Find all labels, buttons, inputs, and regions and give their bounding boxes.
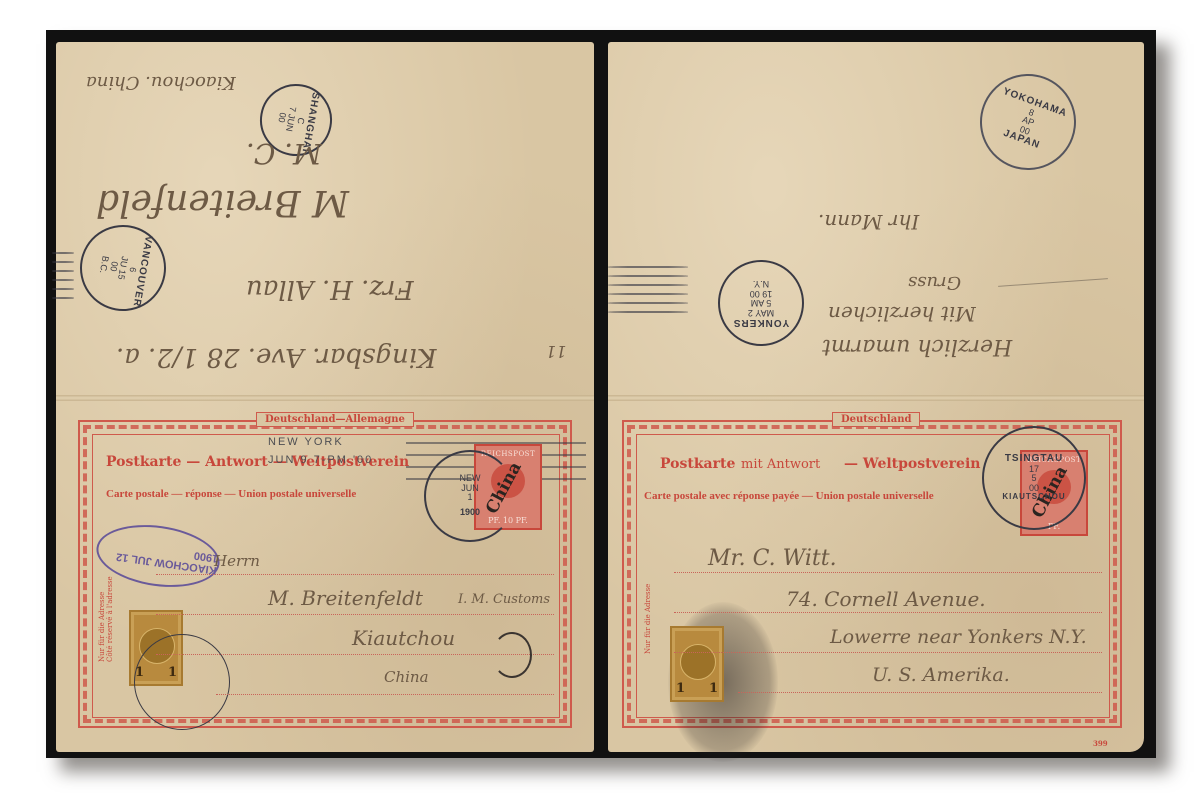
country-banner: Deutschland—Allemagne [256,412,414,427]
dragon-icon [680,644,716,680]
address-office: I. M. Customs [458,592,550,607]
handwriting-line: Ihr Mann. [818,210,919,234]
handwriting-line: Mit herzlichen [828,302,976,326]
handwriting-line: 11 [546,342,566,361]
country-banner: Deutschland [832,412,920,427]
postmark-yonkers: YONKERS MAY 2 5 AM 19 00 N.Y. [718,260,804,346]
wavy-cancel-lines [608,266,688,320]
address-line [738,692,1102,693]
postmark-yokohama: YOKOHAMA 8 AP 00 JAPAN [966,60,1089,183]
address-line [216,694,554,695]
postmark-vancouver: VANCOUVER 6 JU 15 00 B.C. [73,218,173,318]
chinese-imperial-post-stamp: 1 1 [670,626,724,702]
address-side-note: Nur für die Adresse Côté réservé à l'adr… [98,576,115,662]
paper-crease [998,278,1108,287]
card-title-postkarte: Postkarte [660,456,735,472]
address-line [674,572,1102,573]
postcard-left: SHANGHAI C 7 JUN 00 VANCOUVER 6 JU 15 00… [56,42,594,752]
card-title-mit-antwort: mit Antwort [741,457,820,472]
handwriting-line: Herzlich umarmt [822,334,1012,359]
postmark-tsingtau: TSINGTAU 17 5 00 KIAUTSCHOU [982,426,1086,530]
address-line [156,574,554,575]
handwriting-line: M. C. [246,137,322,170]
postcard-right: YOKOHAMA 8 AP 00 JAPAN YONKERS MAY 2 5 A… [608,42,1144,752]
card-title-weltpostverein: — Weltpostverein [844,456,980,472]
handwriting-line: Gruss [908,272,961,293]
address-name: Mr. C. Witt. [708,546,837,571]
roller-cancel: NEW JUN 1 1900 [424,450,516,542]
wavy-cancel-lines [52,252,74,306]
handwriting-line: Kiaochou. China [86,72,236,93]
address-side-note: Nur für die Adresse [644,584,652,654]
address-line [156,614,554,615]
address-country: China [384,668,429,686]
address-street: 74. Cornell Avenue. [786,587,986,611]
pencil-mark [492,632,532,678]
address-line [674,652,1102,653]
handwriting-line: Frz. H. Allau [246,274,414,304]
card-subtitle: Carte postale avec réponse payée — Union… [644,490,934,502]
machine-cancel-new-york: NEW YORK JUN 9 7-PM '00 [268,436,373,466]
handwriting-line: M Breitenfeld [96,182,349,223]
handwriting-line: Kingsbar. Ave. 28 1/2. a. [116,342,437,372]
form-number: 399 [1093,739,1108,748]
address-salutation: Herrn [214,552,260,570]
card-subtitle: Carte postale — réponse — Union postale … [106,488,356,500]
address-town: Lowerre near Yonkers N.Y. [830,626,1087,648]
fold-line [56,395,594,401]
fold-line [608,395,1144,401]
stamp-tie-cancel [134,634,230,730]
address-name: M. Breitenfeldt [268,586,423,610]
address-line [674,612,1102,613]
address-country: U. S. Amerika. [872,664,1010,686]
address-city: Kiautchou [352,626,455,650]
